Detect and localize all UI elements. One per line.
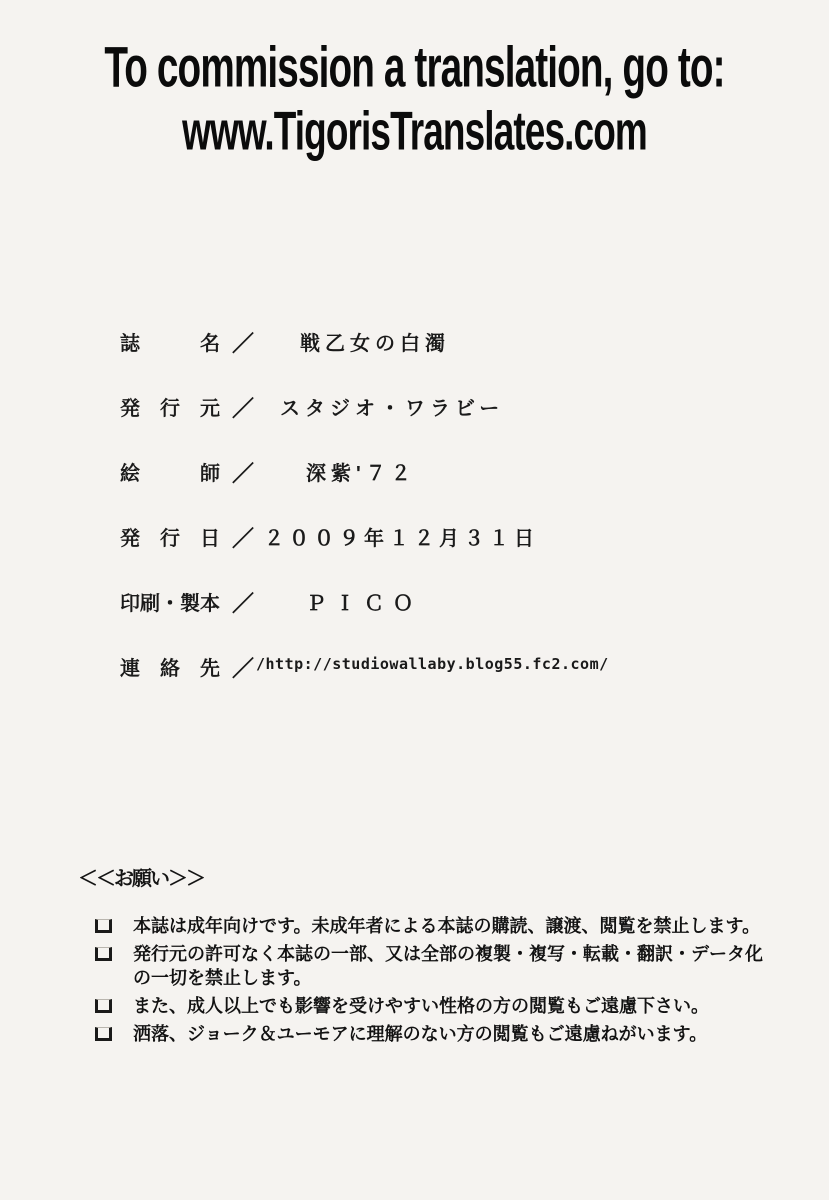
checkbox-icon bbox=[95, 919, 112, 933]
notice-list: 本誌は成年向けです。未成年者による本誌の購読、譲渡、閲覧を禁止します。 発行元の… bbox=[78, 914, 768, 1046]
notice-item: また、成人以上でも影響を受けやすい性格の方の閲覧もご遠慮下さい。 bbox=[95, 994, 768, 1018]
checkbox-icon bbox=[95, 999, 112, 1013]
colophon-label-publish-date: 発行日 bbox=[120, 522, 220, 551]
notice-item-text: また、成人以上でも影響を受けやすい性格の方の閲覧もご遠慮下さい。 bbox=[133, 994, 709, 1018]
slash-separator: ／ bbox=[230, 392, 256, 423]
colophon-row-contact: 連絡先 ／ /http://studiowallaby.blog55.fc2.c… bbox=[120, 652, 609, 717]
checkbox-icon bbox=[95, 947, 112, 961]
colophon-row-title: 誌名 ／ 戦乙女の白濁 bbox=[120, 327, 609, 392]
translation-credit-banner: To commission a translation, go to: www.… bbox=[0, 36, 829, 148]
notice-item-text: 本誌は成年向けです。未成年者による本誌の購読、譲渡、閲覧を禁止します。 bbox=[133, 914, 760, 938]
notice-item: 発行元の許可なく本誌の一部、又は全部の複製・複写・転載・翻訳・データ化の一切を禁… bbox=[95, 942, 768, 990]
colophon-label-printer: 印刷・製本 bbox=[120, 587, 220, 616]
colophon-row-printer: 印刷・製本 ／ ＰＩＣＯ bbox=[120, 587, 609, 652]
colophon-value-title: 戦乙女の白濁 bbox=[300, 327, 450, 356]
colophon-label-publisher: 発行元 bbox=[120, 392, 220, 421]
notice-item-text: 発行元の許可なく本誌の一部、又は全部の複製・複写・転載・翻訳・データ化の一切を禁… bbox=[133, 942, 768, 990]
checkbox-icon bbox=[95, 1027, 112, 1041]
notice-item: 本誌は成年向けです。未成年者による本誌の購読、譲渡、閲覧を禁止します。 bbox=[95, 914, 768, 938]
colophon-value-publish-date: ２００９年１２月３１日 bbox=[264, 522, 539, 551]
colophon-label-title: 誌名 bbox=[120, 327, 220, 356]
notice-section: ＜＜お願い＞＞ 本誌は成年向けです。未成年者による本誌の購読、譲渡、閲覧を禁止し… bbox=[78, 862, 768, 1050]
colophon-label-artist: 絵師 bbox=[120, 457, 220, 486]
colophon-table: 誌名 ／ 戦乙女の白濁 発行元 ／ スタジオ・ワラビー 絵師 ／ 深紫'７２ 発… bbox=[120, 327, 609, 717]
slash-separator: ／ bbox=[230, 457, 256, 488]
notice-item-text: 洒落、ジョーク＆ユーモアに理解のない方の閲覧もご遠慮ねがいます。 bbox=[133, 1022, 707, 1046]
scanned-page: To commission a translation, go to: www.… bbox=[0, 0, 829, 1200]
colophon-value-printer: ＰＩＣＯ bbox=[306, 587, 422, 616]
notice-heading: ＜＜お願い＞＞ bbox=[78, 862, 768, 891]
colophon-value-artist: 深紫'７２ bbox=[306, 457, 416, 486]
colophon-value-contact-url: /http://studiowallaby.blog55.fc2.com/ bbox=[256, 652, 609, 673]
slash-separator: ／ bbox=[230, 652, 256, 683]
slash-separator: ／ bbox=[230, 522, 256, 553]
notice-item: 洒落、ジョーク＆ユーモアに理解のない方の閲覧もご遠慮ねがいます。 bbox=[95, 1022, 768, 1046]
slash-separator: ／ bbox=[230, 587, 256, 618]
colophon-row-artist: 絵師 ／ 深紫'７２ bbox=[120, 457, 609, 522]
slash-separator: ／ bbox=[230, 327, 256, 358]
colophon-value-publisher: スタジオ・ワラビー bbox=[280, 392, 504, 421]
colophon-row-publisher: 発行元 ／ スタジオ・ワラビー bbox=[120, 392, 609, 457]
colophon-label-contact: 連絡先 bbox=[120, 652, 220, 681]
banner-website-url: www.TigorisTranslates.com bbox=[50, 100, 780, 162]
colophon-row-publish-date: 発行日 ／ ２００９年１２月３１日 bbox=[120, 522, 609, 587]
